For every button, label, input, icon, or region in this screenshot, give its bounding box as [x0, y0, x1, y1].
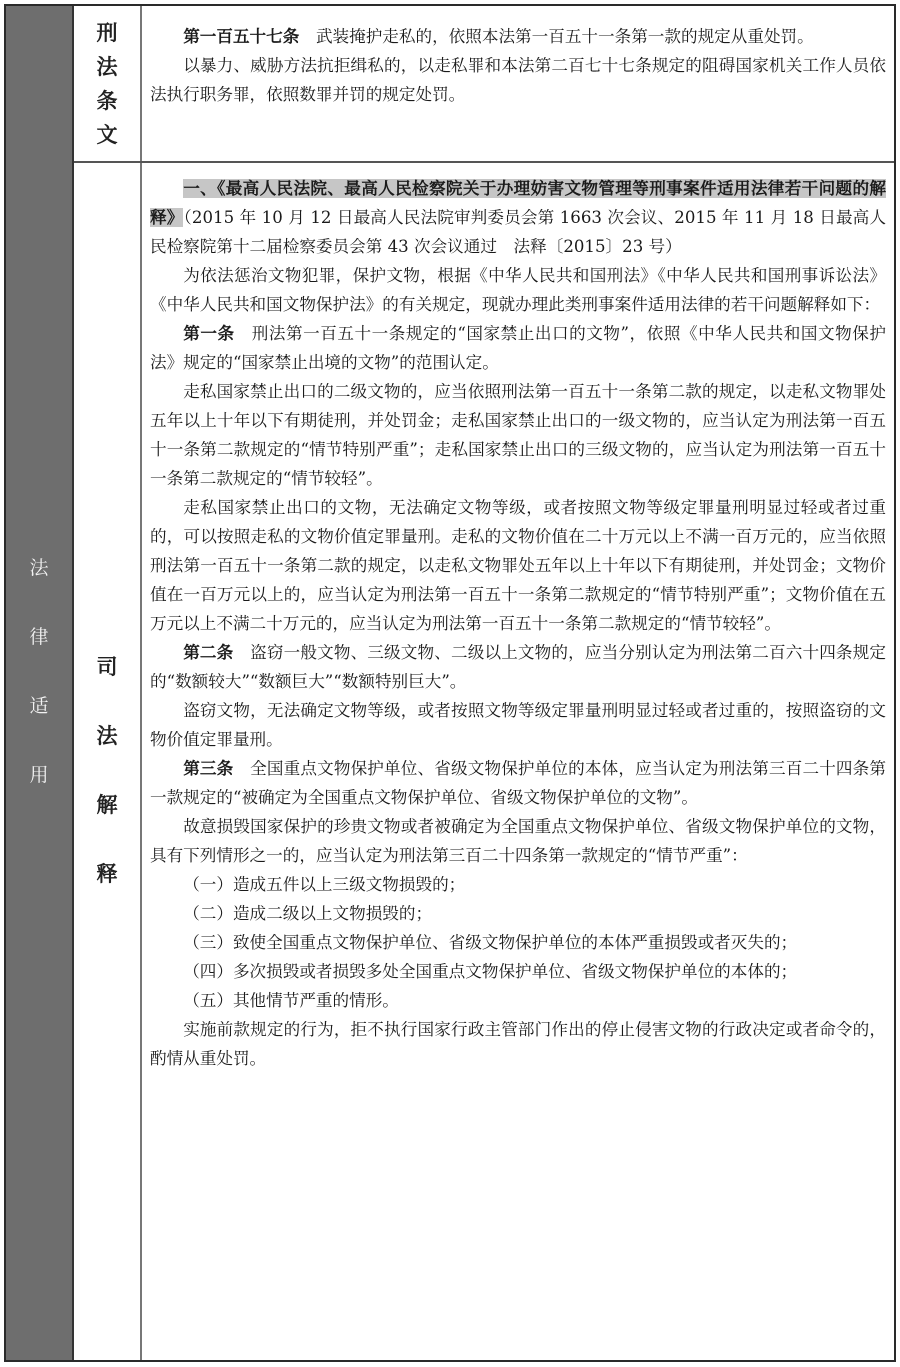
title-note: （2015 年 10 月 12 日最高人民法院审判委员会第 1663 次会议、2…	[150, 208, 886, 256]
list-item-text: （四）多次损毁或者损毁多处全国重点文物保护单位、省级文物保护单位的本体的；	[183, 962, 797, 981]
law-table: 法 律 适 用 刑 法 条 文 第一百五十七条武装掩护走私的，依照本法第一百五十…	[4, 4, 896, 1362]
row-judicial-interpretation: 司 法 解 释 一、《最高人民法院、最高人民检察院关于办理妨害文物管理等刑事案件…	[74, 163, 894, 1360]
paragraph-text: 刑法第一百五十一条规定的“国家禁止出口的文物”，依照《中华人民共和国文物保护法》…	[150, 324, 886, 372]
row-label-char: 条	[74, 84, 140, 118]
row-label-char: 法	[74, 702, 140, 771]
paragraph: 实施前款规定的行为，拒不执行国家行政主管部门作出的停止侵害文物的行政决定或者命令…	[150, 1015, 886, 1073]
section-label-char: 适	[6, 672, 72, 741]
paragraph: 为依法惩治文物犯罪，保护文物，根据《中华人民共和国刑法》《中华人民共和国刑事诉讼…	[150, 261, 886, 319]
paragraph-text: 盗窃一般文物、三级文物、二级以上文物的，应当分别认定为刑法第二百六十四条规定的“…	[150, 643, 886, 691]
article-number: 第一百五十七条	[183, 27, 299, 46]
paragraph: 走私国家禁止出口的文物，无法确定文物等级，或者按照文物等级定罪量刑明显过轻或者过…	[150, 493, 886, 638]
row-label-char: 释	[74, 840, 140, 909]
paragraph-text: 武装掩护走私的，依照本法第一百五十一条第一款的规定从重处罚。	[316, 27, 814, 46]
row-criminal-law-article: 刑 法 条 文 第一百五十七条武装掩护走私的，依照本法第一百五十一条第一款的规定…	[74, 6, 894, 163]
paragraph: 故意损毁国家保护的珍贵文物或者被确定为全国重点文物保护单位、省级文物保护单位的文…	[150, 812, 886, 870]
paragraph: 第三条全国重点文物保护单位、省级文物保护单位的本体，应当认定为刑法第三百二十四条…	[150, 754, 886, 812]
paragraph-text: 盗窃文物，无法确定文物等级，或者按照文物等级定罪量刑明显过轻或者过重的，按照盗窃…	[150, 701, 886, 749]
paragraph: 盗窃文物，无法确定文物等级，或者按照文物等级定罪量刑明显过轻或者过重的，按照盗窃…	[150, 696, 886, 754]
paragraph: 第一百五十七条武装掩护走私的，依照本法第一百五十一条第一款的规定从重处罚。	[150, 22, 886, 51]
row-label-char: 解	[74, 771, 140, 840]
list-item: （一）造成五件以上三级文物损毁的；	[150, 870, 886, 899]
paragraph-text: 故意损毁国家保护的珍贵文物或者被确定为全国重点文物保护单位、省级文物保护单位的文…	[150, 817, 886, 865]
row-label-char: 文	[74, 118, 140, 152]
paragraph-text: 走私国家禁止出口的二级文物的，应当依照刑法第一百五十一条第二款的规定，以走私文物…	[150, 382, 886, 488]
article-number: 第一条	[183, 324, 234, 343]
paragraph-text: 以暴力、威胁方法抗拒缉私的，以走私罪和本法第二百七十七条规定的阻碍国家机关工作人…	[150, 56, 886, 104]
row-label-column: 刑 法 条 文	[74, 6, 142, 161]
list-item: （二）造成二级以上文物损毁的；	[150, 899, 886, 928]
row-label-criminal-law-article: 刑 法 条 文	[74, 16, 140, 152]
section-label-char: 律	[6, 603, 72, 672]
section-label-law-application: 法 律 适 用	[6, 534, 72, 810]
row-label-column: 司 法 解 释	[74, 163, 142, 1360]
row-label-char: 刑	[74, 16, 140, 50]
paragraph-text: 走私国家禁止出口的文物，无法确定文物等级，或者按照文物等级定罪量刑明显过轻或者过…	[150, 498, 886, 633]
section-column: 法 律 适 用	[6, 6, 74, 1360]
paragraph: 以暴力、威胁方法抗拒缉私的，以走私罪和本法第二百七十七条规定的阻碍国家机关工作人…	[150, 51, 886, 109]
paragraph-text: 实施前款规定的行为，拒不执行国家行政主管部门作出的停止侵害文物的行政决定或者命令…	[150, 1020, 886, 1068]
list-item-text: （二）造成二级以上文物损毁的；	[183, 904, 432, 923]
section-label-char: 用	[6, 741, 72, 810]
paragraph: 走私国家禁止出口的二级文物的，应当依照刑法第一百五十一条第二款的规定，以走私文物…	[150, 377, 886, 493]
list-item: （五）其他情节严重的情形。	[150, 986, 886, 1015]
paragraph: 第一条刑法第一百五十一条规定的“国家禁止出口的文物”，依照《中华人民共和国文物保…	[150, 319, 886, 377]
list-item-text: （五）其他情节严重的情形。	[183, 991, 399, 1010]
row-label-judicial-interpretation: 司 法 解 释	[74, 633, 140, 909]
section-label-char: 法	[6, 534, 72, 603]
list-item: （三）致使全国重点文物保护单位、省级文物保护单位的本体严重损毁或者灭失的；	[150, 928, 886, 957]
list-item-text: （三）致使全国重点文物保护单位、省级文物保护单位的本体严重损毁或者灭失的；	[183, 933, 797, 952]
paragraph-text: 全国重点文物保护单位、省级文物保护单位的本体，应当认定为刑法第三百二十四条第一款…	[150, 759, 886, 807]
row-label-char: 司	[74, 633, 140, 702]
paragraph-text: 为依法惩治文物犯罪，保护文物，根据《中华人民共和国刑法》《中华人民共和国刑事诉讼…	[150, 266, 886, 314]
list-item-text: （一）造成五件以上三级文物损毁的；	[183, 875, 465, 894]
article-number: 第三条	[183, 759, 233, 778]
article-content: 第一百五十七条武装掩护走私的，依照本法第一百五十一条第一款的规定从重处罚。 以暴…	[150, 22, 886, 109]
interpretation-title: 一、《最高人民法院、最高人民检察院关于办理妨害文物管理等刑事案件适用法律若干问题…	[150, 174, 886, 261]
list-item: （四）多次损毁或者损毁多处全国重点文物保护单位、省级文物保护单位的本体的；	[150, 957, 886, 986]
paragraph: 第二条盗窃一般文物、三级文物、二级以上文物的，应当分别认定为刑法第二百六十四条规…	[150, 638, 886, 696]
article-number: 第二条	[183, 643, 233, 662]
row-label-char: 法	[74, 50, 140, 84]
interpretation-content: 一、《最高人民法院、最高人民检察院关于办理妨害文物管理等刑事案件适用法律若干问题…	[150, 174, 886, 1073]
